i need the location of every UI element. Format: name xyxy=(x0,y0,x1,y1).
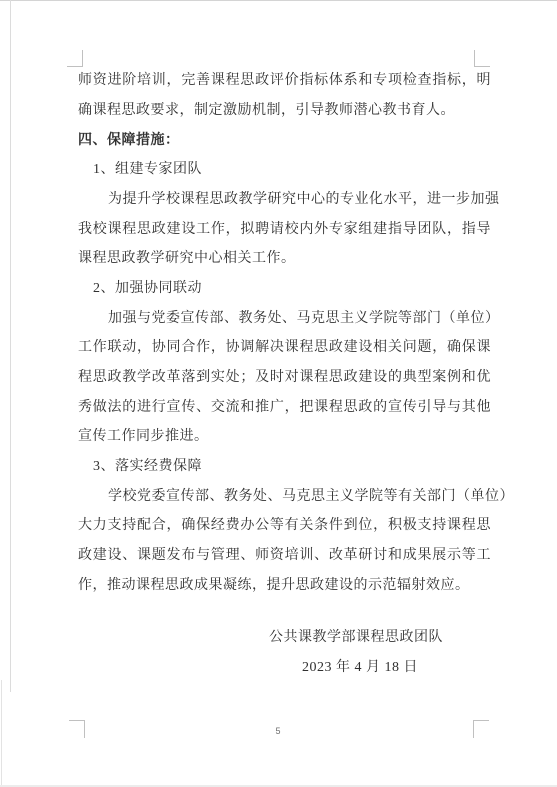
text-boundary-mark-top-right xyxy=(474,50,490,67)
page-edge-top xyxy=(0,0,557,1)
text-line: 加强与党委宣传部、教务处、马克思主义学院等部门（单位） xyxy=(78,309,491,333)
text-line: 作，推动课程思政成果凝练，提升思政建设的示范辐射效应。 xyxy=(78,576,491,600)
text-line: 政建设、课题发布与管理、师资培训、改革研讨和成果展示等工 xyxy=(78,546,491,570)
text-line: 我校课程思政建设工作，拟聘请校内外专家组建指导团队，指导 xyxy=(78,220,491,244)
text-boundary-mark-top-left xyxy=(67,50,83,67)
page-edge-left xyxy=(10,0,11,692)
numbered-item-heading: 3、落实经费保障 xyxy=(78,457,491,481)
document-page: 师资进阶培训，完善课程思政评价指标体系和专项检查指标，明 确课程思政要求，制定激… xyxy=(0,0,557,787)
text-line: 确课程思政要求，制定激励机制，引导教师潜心教书育人。 xyxy=(78,101,491,125)
text-line: 工作联动，协同合作，协调解决课程思政建设相关问题，确保课 xyxy=(78,338,491,362)
text-line: 为提升学校课程思政教学研究中心的专业化水平，进一步加强 xyxy=(78,190,491,214)
page-edge-left-lower xyxy=(1,680,2,787)
signature-line: 公共课教学部课程思政团队 xyxy=(78,628,491,652)
text-line: 程思政教学改革落到实处；及时对课程思政建设的典型案例和优 xyxy=(78,368,491,392)
text-boundary-mark-bottom-left xyxy=(69,720,85,738)
text-line: 宣传工作同步推进。 xyxy=(78,427,491,451)
text-line: 大力支持配合，确保经费办公等有关条件到位，积极支持课程思 xyxy=(78,516,491,540)
section-heading: 四、保障措施： xyxy=(78,131,491,155)
text-boundary-mark-bottom-right xyxy=(473,720,489,738)
text-line: 师资进阶培训，完善课程思政评价指标体系和专项检查指标，明 xyxy=(78,71,491,95)
numbered-item-heading: 2、加强协同联动 xyxy=(78,279,491,303)
text-line: 学校党委宣传部、教务处、马克思主义学院等有关部门（单位） xyxy=(78,487,491,511)
date-line: 2023 年 4 月 18 日 xyxy=(78,658,491,682)
text-line: 课程思政教学研究中心相关工作。 xyxy=(78,249,491,273)
text-line: 秀做法的进行宣传、交流和推广，把课程思政的宣传引导与其他 xyxy=(78,398,491,422)
numbered-item-heading: 1、组建专家团队 xyxy=(78,160,491,184)
page-number: 5 xyxy=(258,726,298,736)
